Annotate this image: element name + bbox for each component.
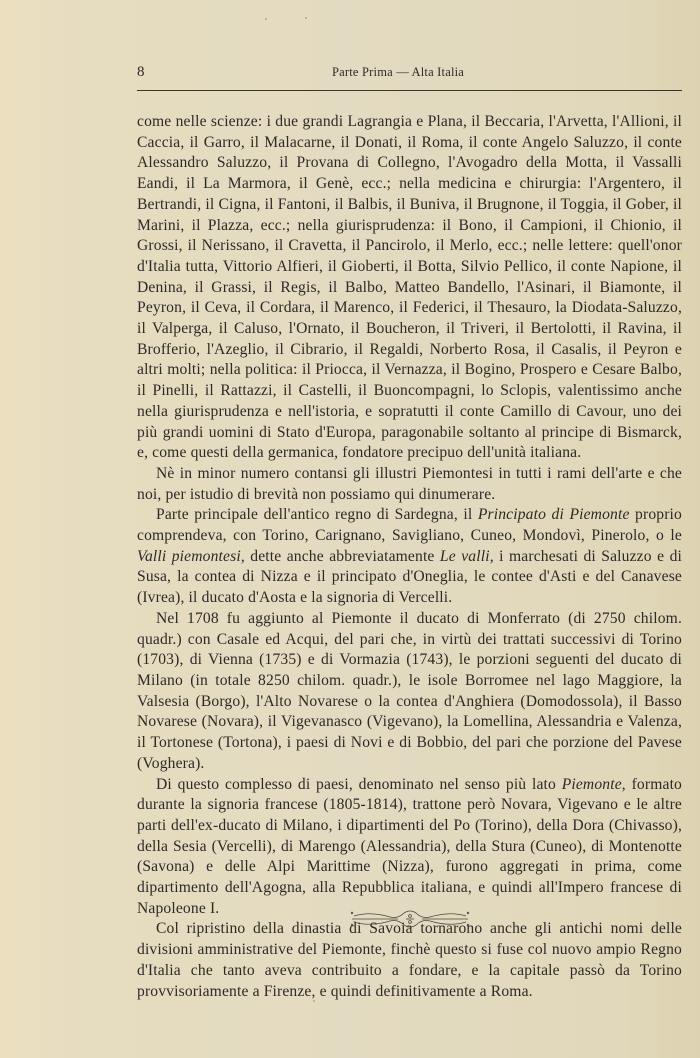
paragraph: Di questo complesso di paesi, denominato… (137, 775, 682, 920)
text-run: Parte principale dell'antico regno di Sa… (156, 506, 478, 523)
paragraph: Col ripristino della dinastia di Savoia … (137, 919, 682, 1002)
body-text: come nelle scienze: i due grandi Lagrang… (137, 112, 682, 1002)
italic-term: Principato di Piemonte (478, 506, 630, 523)
paper-speck (313, 1000, 315, 1002)
italic-term: Le valli (440, 548, 490, 565)
header-rule (137, 90, 682, 91)
italic-term: Valli piemontesi (137, 548, 241, 565)
text-run: Col ripristino della dinastia di Savoia … (137, 920, 682, 999)
paragraph: Nel 1708 fu aggiunto al Piemonte il duca… (137, 609, 682, 775)
running-title: Parte Prima — Alta Italia (332, 65, 464, 80)
paragraph: Nè in minor numero contansi gli illustri… (137, 464, 682, 505)
text-run: , formato durante la signoria francese (… (137, 776, 682, 917)
page-number: 8 (137, 64, 145, 81)
text-run: Nè in minor numero contansi gli illustri… (137, 465, 682, 503)
text-run: come nelle scienze: i due grandi Lagrang… (137, 113, 682, 461)
text-run: Nel 1708 fu aggiunto al Piemonte il duca… (137, 610, 682, 772)
text-run: Di questo complesso di paesi, denominato… (156, 776, 562, 793)
paragraph: Parte principale dell'antico regno di Sa… (137, 505, 682, 609)
decorative-tailpiece-icon (350, 907, 470, 931)
paper-speck (265, 18, 267, 20)
running-header: 8 Parte Prima — Alta Italia (137, 64, 682, 84)
paper-speck (305, 17, 307, 19)
paragraph: come nelle scienze: i due grandi Lagrang… (137, 112, 682, 464)
italic-term: Piemonte (562, 776, 622, 793)
text-run: , dette anche abbreviatamente (241, 548, 440, 565)
